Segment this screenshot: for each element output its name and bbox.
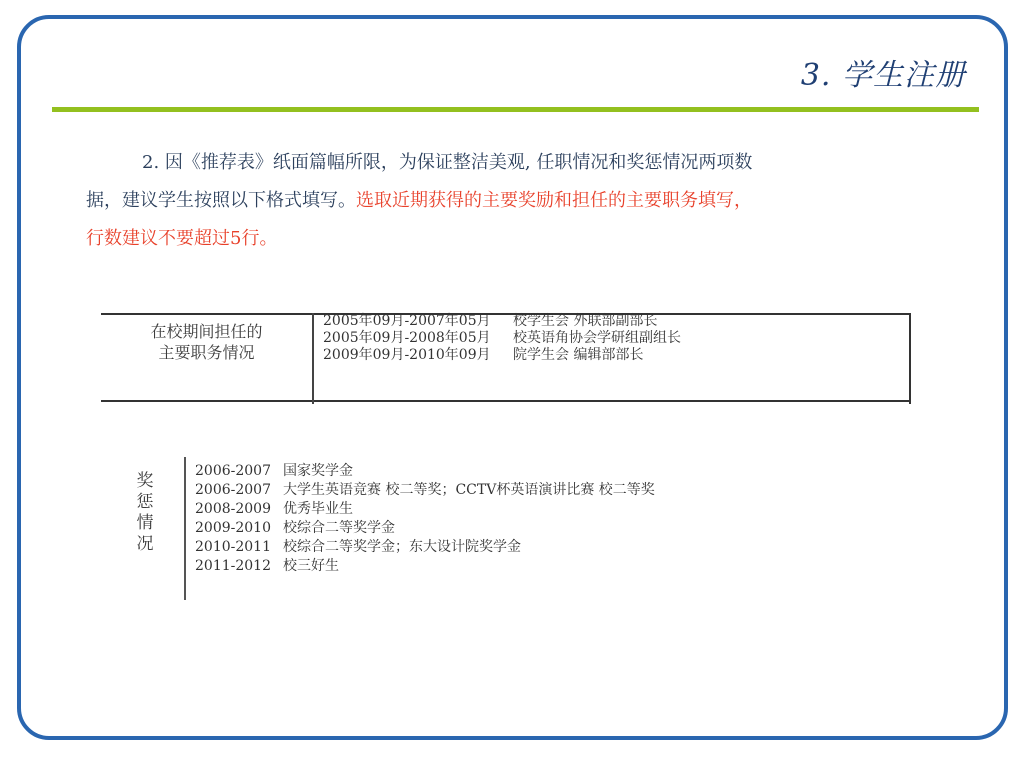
position-row: 2005年09月-2008年05月校英语角协会学研组副组长: [323, 330, 681, 347]
position-row: 2009年09月-2010年09月院学生会 编辑部部长: [323, 347, 681, 364]
position-period: 2009年09月-2010年09月: [323, 347, 513, 364]
positions-label-line-1: 在校期间担任的: [101, 321, 312, 342]
awards-example-block: 奖 惩 情 况 2006-2007国家奖学金 2006-2007大学生英语竞赛 …: [130, 457, 830, 602]
award-text: 国家奖学金: [283, 463, 353, 479]
award-text: 校三好生: [283, 558, 339, 574]
award-text: 大学生英语竞赛 校二等奖；CCTV杯英语演讲比赛 校二等奖: [283, 482, 655, 498]
awards-label-char: 况: [135, 534, 155, 555]
awards-label-char: 奖: [135, 471, 155, 492]
awards-label-char: 情: [135, 513, 155, 534]
award-period: 2006-2007: [195, 481, 283, 500]
paragraph-line-3: 行数建议不要超过5行。: [86, 220, 936, 258]
award-period: 2009-2010: [195, 519, 283, 538]
paragraph-highlight-3: 行数建议不要超过5行。: [86, 228, 277, 249]
positions-label-cell: 在校期间担任的 主要职务情况: [101, 321, 312, 363]
position-period: 2005年09月-2008年05月: [323, 330, 513, 347]
award-row: 2010-2011校综合二等奖学金；东大设计院奖学金: [195, 538, 655, 557]
position-role: 校英语角协会学研组副组长: [513, 330, 681, 346]
award-period: 2010-2011: [195, 538, 283, 557]
award-row: 2006-2007国家奖学金: [195, 462, 655, 481]
awards-label-char: 惩: [135, 492, 155, 513]
award-period: 2011-2012: [195, 557, 283, 576]
positions-example-table: 在校期间担任的 主要职务情况 2005年09月-2007年05月校学生会 外联部…: [101, 313, 911, 402]
position-period: 2005年09月-2007年05月: [323, 313, 513, 330]
award-period: 2008-2009: [195, 500, 283, 519]
position-row: 2005年09月-2007年05月校学生会 外联部副部长: [323, 313, 681, 330]
paragraph-text-1: 2. 因《推荐表》纸面篇幅所限，为保证整洁美观, 任职情况和奖惩情况两项数: [142, 152, 752, 173]
award-period: 2006-2007: [195, 462, 283, 481]
positions-label-line-2: 主要职务情况: [101, 342, 312, 363]
award-text: 校综合二等奖学金: [283, 520, 395, 536]
slide-title: 3. 学生注册: [801, 50, 966, 94]
award-row: 2008-2009优秀毕业生: [195, 500, 655, 519]
table-right-border: [909, 313, 911, 404]
paragraph-text-2: 据，建议学生按照以下格式填写。: [86, 190, 356, 211]
instruction-paragraph: 2. 因《推荐表》纸面篇幅所限，为保证整洁美观, 任职情况和奖惩情况两项数 据，…: [86, 144, 936, 258]
table-column-divider: [312, 313, 314, 404]
positions-entries: 2005年09月-2007年05月校学生会 外联部副部长 2005年09月-20…: [323, 313, 681, 364]
paragraph-line-1: 2. 因《推荐表》纸面篇幅所限，为保证整洁美观, 任职情况和奖惩情况两项数: [86, 144, 936, 182]
award-row: 2009-2010校综合二等奖学金: [195, 519, 655, 538]
award-text: 优秀毕业生: [283, 501, 353, 517]
awards-entries: 2006-2007国家奖学金 2006-2007大学生英语竞赛 校二等奖；CCT…: [195, 462, 655, 576]
title-underline-divider: [52, 107, 979, 112]
position-role: 校学生会 外联部副部长: [513, 313, 657, 329]
paragraph-line-2: 据，建议学生按照以下格式填写。选取近期获得的主要奖励和担任的主要职务填写，: [86, 182, 936, 220]
position-role: 院学生会 编辑部部长: [513, 347, 643, 363]
award-text: 校综合二等奖学金；东大设计院奖学金: [283, 539, 521, 555]
award-row: 2011-2012校三好生: [195, 557, 655, 576]
awards-vertical-label: 奖 惩 情 况: [135, 471, 155, 555]
award-row: 2006-2007大学生英语竞赛 校二等奖；CCTV杯英语演讲比赛 校二等奖: [195, 481, 655, 500]
awards-vertical-divider: [184, 457, 186, 600]
paragraph-highlight-2: 选取近期获得的主要奖励和担任的主要职务填写，: [356, 190, 752, 211]
